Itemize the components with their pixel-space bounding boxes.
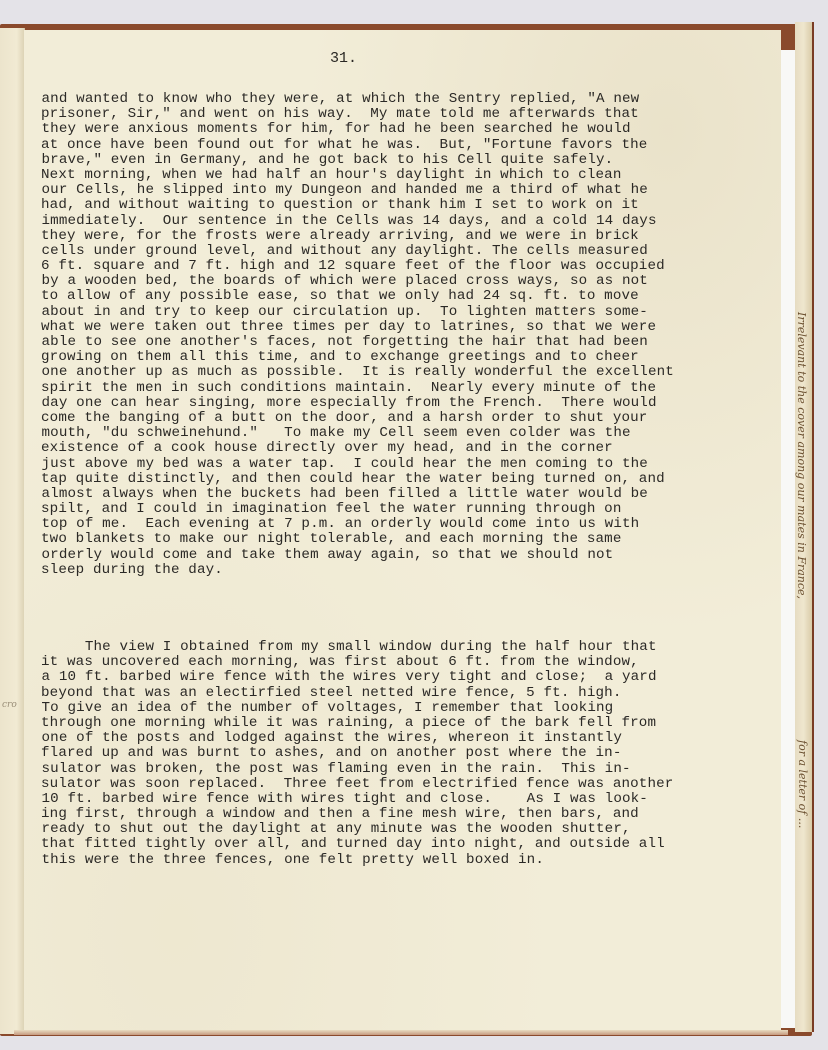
page-stack-edge bbox=[14, 1030, 788, 1035]
left-margin-handwriting: cro bbox=[2, 700, 17, 710]
text-line: a 10 ft. barbed wire fence with the wire… bbox=[42, 670, 762, 685]
text-line: about in and try to keep our circulation… bbox=[42, 305, 762, 320]
text-line: immediately. Our sentence in the Cells w… bbox=[42, 214, 762, 229]
text-line: prisoner, Sir," and went on his way. My … bbox=[41, 107, 761, 122]
text-line: had, and without waiting to question or … bbox=[41, 198, 761, 213]
text-line: by a wooden bed, the boards of which wer… bbox=[42, 274, 762, 289]
text-line: able to see one another's faces, not for… bbox=[42, 335, 762, 350]
text-line: cells under ground level, and without an… bbox=[42, 244, 762, 259]
text-line: tap quite distinctly, and then could hea… bbox=[41, 472, 761, 487]
text-line: orderly would come and take them away ag… bbox=[42, 548, 762, 563]
facing-page-edge: cro bbox=[0, 28, 25, 1034]
text-line: To give an idea of the number of voltage… bbox=[42, 701, 762, 716]
text-line: this were the three fences, one felt pre… bbox=[42, 853, 762, 868]
text-line: through one morning while it was raining… bbox=[41, 716, 761, 731]
text-line: that fitted tightly over all, and turned… bbox=[41, 837, 761, 852]
text-line: day one can hear singing, more especiall… bbox=[42, 396, 762, 411]
text-line: our Cells, he slipped into my Dungeon an… bbox=[42, 183, 762, 198]
text-line: almost always when the buckets had been … bbox=[42, 487, 762, 502]
text-line: sulator was soon replaced. Three feet fr… bbox=[41, 777, 761, 792]
text-line: ing first, through a window and then a f… bbox=[41, 807, 761, 822]
text-line: come the banging of a butt on the door, … bbox=[41, 411, 761, 426]
text-line: just above my bed was a water tap. I cou… bbox=[42, 457, 762, 472]
text-line: spirit the men in such conditions mainta… bbox=[41, 381, 761, 396]
text-line: beyond that was an electirfied steel net… bbox=[41, 686, 761, 701]
paragraph: and wanted to know who they were, at whi… bbox=[41, 92, 761, 578]
stub-handwritten-note: Irrelevant to the cover among our mates … bbox=[795, 312, 808, 599]
text-line: ready to shut out the daylight at any mi… bbox=[42, 822, 762, 837]
text-line: it was uncovered each morning, was first… bbox=[41, 655, 761, 670]
binding-stub: Irrelevant to the cover among our mates … bbox=[795, 22, 814, 1032]
text-line: Next morning, when we had half an hour's… bbox=[41, 168, 761, 183]
text-line: flared up and was burnt to ashes, and on… bbox=[41, 746, 761, 761]
binding-gutter bbox=[781, 50, 796, 1028]
text-line: 10 ft. barbed wire fence with wires tigh… bbox=[42, 792, 762, 807]
text-line: top of me. Each evening at 7 p.m. an ord… bbox=[42, 517, 762, 532]
paragraph: The view I obtained from my small window… bbox=[41, 640, 761, 868]
text-line: spilt, and I could in imagination feel t… bbox=[41, 502, 761, 517]
text-line: to allow of any possible ease, so that w… bbox=[41, 289, 761, 304]
text-line: one another up as much as possible. It i… bbox=[42, 365, 762, 380]
text-line: what we were taken out three times per d… bbox=[41, 320, 761, 335]
text-line: 6 ft. square and 7 ft. high and 12 squar… bbox=[41, 259, 761, 274]
text-line: and wanted to know who they were, at whi… bbox=[42, 92, 762, 107]
text-line: they were anxious moments for him, for h… bbox=[42, 122, 762, 137]
page-number: 31. bbox=[330, 50, 357, 67]
text-line: they were, for the frosts were already a… bbox=[41, 229, 761, 244]
text-line: at once have been found out for what he … bbox=[41, 138, 761, 153]
text-line: brave," even in Germany, and he got back… bbox=[42, 153, 762, 168]
text-line: sleep during the day. bbox=[41, 563, 761, 578]
text-line: growing on them all this time, and to ex… bbox=[41, 350, 761, 365]
text-line: existence of a cook house directly over … bbox=[41, 441, 761, 456]
text-line: two blankets to make our night tolerable… bbox=[41, 532, 761, 547]
text-line: The view I obtained from my small window… bbox=[42, 640, 762, 655]
text-line: one of the posts and lodged against the … bbox=[42, 731, 762, 746]
text-line: mouth, "du schweinehund." To make my Cel… bbox=[42, 426, 762, 441]
stub-handwritten-note: for a letter of ... bbox=[796, 740, 809, 828]
text-line: sulator was broken, the post was flaming… bbox=[42, 762, 762, 777]
